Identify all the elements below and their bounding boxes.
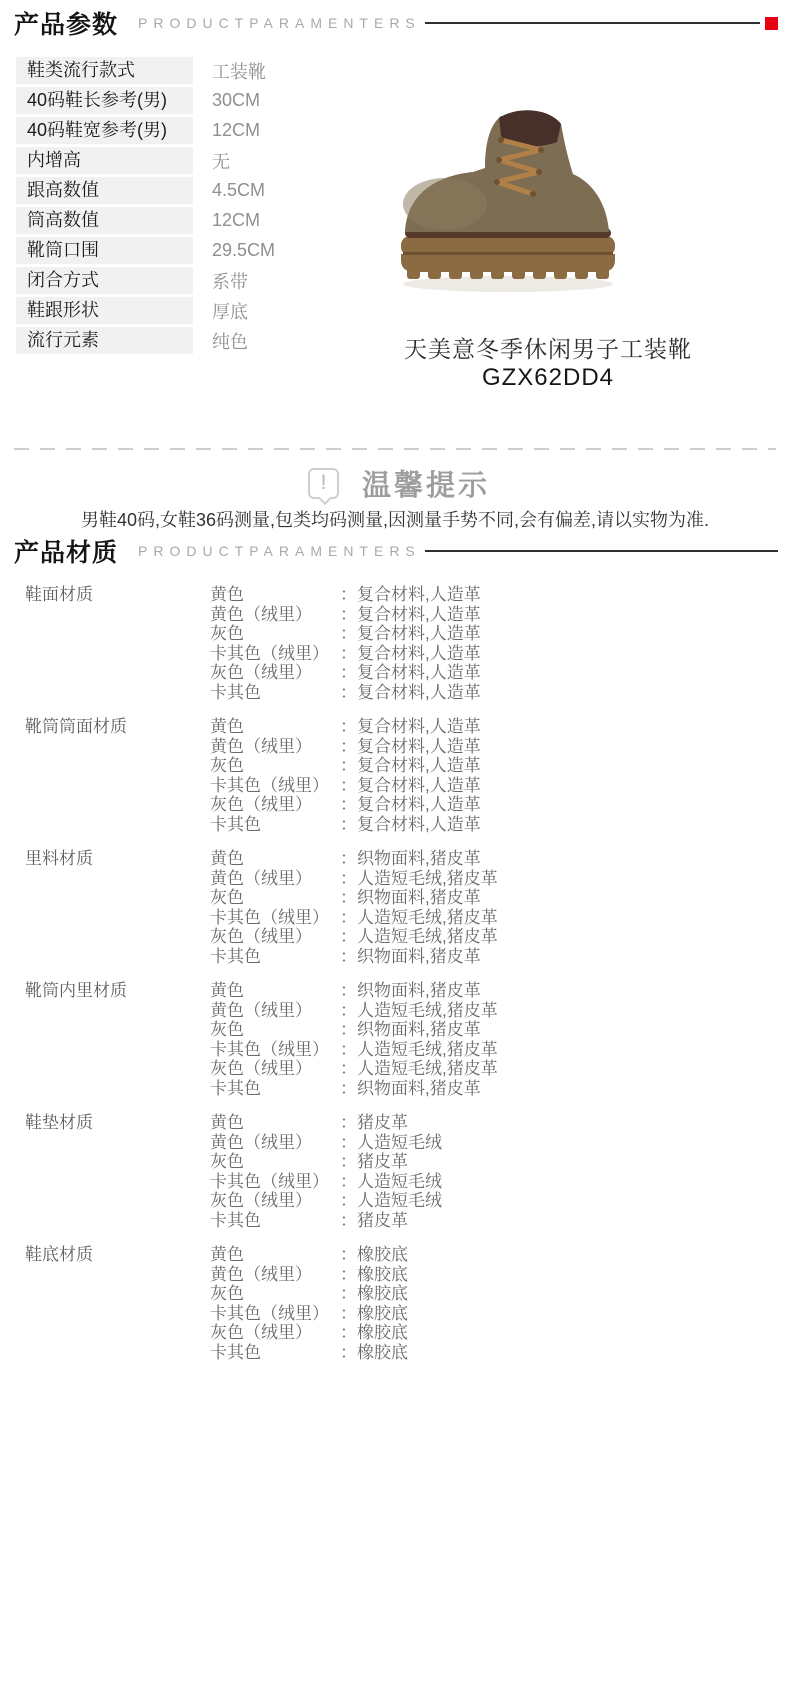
material-value: ：织物面料,猪皮革 [340, 849, 481, 869]
material-value: ：人造短毛绒 [340, 1172, 442, 1192]
material-line: 灰色（绒里） ：人造短毛绒 [210, 1191, 442, 1211]
material-group: 里料材质 黄色 ：织物面料,猪皮革 黄色（绒里） ：人造短毛绒,猪皮革 灰色 ：… [25, 849, 780, 966]
material-line: 黄色 ：猪皮革 [210, 1113, 442, 1133]
material-group-name: 里料材质 [25, 849, 210, 966]
param-value: 30CM [212, 90, 260, 111]
material-value: ：橡胶底 [340, 1284, 408, 1304]
param-row: 闭合方式 系带 [16, 267, 446, 294]
material-group: 靴筒筒面材质 黄色 ：复合材料,人造革 黄色（绒里） ：复合材料,人造革 灰色 … [25, 717, 780, 834]
material-color: 卡其色（绒里） [210, 776, 340, 796]
material-group: 鞋垫材质 黄色 ：猪皮革 黄色（绒里） ：人造短毛绒 灰色 ：猪皮革 卡其色（绒… [25, 1113, 780, 1230]
material-items: 黄色 ：复合材料,人造革 黄色（绒里） ：复合材料,人造革 灰色 ：复合材料,人… [210, 717, 481, 834]
material-line: 黄色 ：织物面料,猪皮革 [210, 849, 498, 869]
param-label: 内增高 [16, 147, 193, 174]
material-color: 卡其色 [210, 1211, 340, 1231]
material-color: 灰色（绒里） [210, 927, 340, 947]
param-value: 工装靴 [212, 58, 266, 84]
material-value: ：复合材料,人造革 [340, 756, 481, 776]
param-row: 40码鞋长参考(男) 30CM [16, 87, 446, 114]
materials-section-header: 产品材质 PRODUCTPARAMENTERS [14, 534, 778, 568]
material-value: ：人造短毛绒,猪皮革 [340, 869, 498, 889]
material-line: 黄色（绒里） ：复合材料,人造革 [210, 605, 481, 625]
param-label: 40码鞋长参考(男) [16, 87, 193, 114]
material-items: 黄色 ：织物面料,猪皮革 黄色（绒里） ：人造短毛绒,猪皮革 灰色 ：织物面料,… [210, 849, 498, 966]
material-group-name: 鞋底材质 [25, 1245, 210, 1362]
material-color: 卡其色（绒里） [210, 1172, 340, 1192]
material-color: 卡其色（绒里） [210, 1040, 340, 1060]
material-line: 灰色 ：橡胶底 [210, 1284, 408, 1304]
material-color: 黄色 [210, 981, 340, 1001]
material-line: 卡其色（绒里） ：人造短毛绒,猪皮革 [210, 908, 498, 928]
material-value: ：复合材料,人造革 [340, 644, 481, 664]
material-color: 卡其色（绒里） [210, 908, 340, 928]
param-label: 跟高数值 [16, 177, 193, 204]
params-section-title: 产品参数 [14, 5, 118, 41]
material-value: ：橡胶底 [340, 1245, 408, 1265]
material-items: 黄色 ：橡胶底 黄色（绒里） ：橡胶底 灰色 ：橡胶底 卡其色（绒里） ：橡胶底… [210, 1245, 408, 1362]
material-value: ：人造短毛绒,猪皮革 [340, 927, 498, 947]
material-color: 灰色 [210, 888, 340, 908]
material-line: 灰色（绒里） ：人造短毛绒,猪皮革 [210, 927, 498, 947]
material-line: 黄色 ：织物面料,猪皮革 [210, 981, 498, 1001]
material-color: 卡其色（绒里） [210, 1304, 340, 1324]
material-line: 灰色（绒里） ：复合材料,人造革 [210, 795, 481, 815]
params-table: 鞋类流行款式 工装靴 40码鞋长参考(男) 30CM 40码鞋宽参考(男) 12… [16, 57, 446, 357]
param-label: 筒高数值 [16, 207, 193, 234]
material-value: ：织物面料,猪皮革 [340, 1079, 481, 1099]
material-value: ：人造短毛绒,猪皮革 [340, 1059, 498, 1079]
param-value: 系带 [212, 268, 248, 294]
material-value: ：橡胶底 [340, 1265, 408, 1285]
material-color: 灰色（绒里） [210, 1323, 340, 1343]
header-rule [425, 550, 778, 552]
param-label: 鞋类流行款式 [16, 57, 193, 84]
material-color: 黄色（绒里） [210, 869, 340, 889]
material-value: ：人造短毛绒,猪皮革 [340, 1001, 498, 1021]
material-value: ：织物面料,猪皮革 [340, 981, 481, 1001]
param-row: 靴筒口围 29.5CM [16, 237, 446, 264]
material-value: ：人造短毛绒,猪皮革 [340, 908, 498, 928]
material-line: 卡其色 ：橡胶底 [210, 1343, 408, 1363]
product-detail-page: 产品参数 PRODUCTPARAMENTERS 鞋类流行款式 工装靴 40码鞋长… [0, 0, 790, 1690]
material-line: 卡其色（绒里） ：人造短毛绒 [210, 1172, 442, 1192]
material-value: ：复合材料,人造革 [340, 663, 481, 683]
material-line: 黄色（绒里） ：人造短毛绒 [210, 1133, 442, 1153]
material-line: 卡其色 ：猪皮革 [210, 1211, 442, 1231]
material-color: 黄色（绒里） [210, 737, 340, 757]
material-line: 卡其色 ：复合材料,人造革 [210, 683, 481, 703]
material-color: 卡其色 [210, 947, 340, 967]
material-color: 黄色（绒里） [210, 1001, 340, 1021]
material-value: ：复合材料,人造革 [340, 776, 481, 796]
material-line: 黄色 ：橡胶底 [210, 1245, 408, 1265]
material-value: ：橡胶底 [340, 1323, 408, 1343]
param-row: 筒高数值 12CM [16, 207, 446, 234]
material-value: ：复合材料,人造革 [340, 605, 481, 625]
param-label: 靴筒口围 [16, 237, 193, 264]
param-value: 4.5CM [212, 180, 265, 201]
material-line: 黄色（绒里） ：橡胶底 [210, 1265, 408, 1285]
material-line: 灰色（绒里） ：人造短毛绒,猪皮革 [210, 1059, 498, 1079]
material-group-name: 靴筒内里材质 [25, 981, 210, 1098]
material-color: 卡其色 [210, 1079, 340, 1099]
materials-section-title: 产品材质 [14, 533, 118, 569]
material-value: ：复合材料,人造革 [340, 737, 481, 757]
param-value: 12CM [212, 210, 260, 231]
material-group: 靴筒内里材质 黄色 ：织物面料,猪皮革 黄色（绒里） ：人造短毛绒,猪皮革 灰色… [25, 981, 780, 1098]
material-line: 卡其色 ：复合材料,人造革 [210, 815, 481, 835]
param-label: 鞋跟形状 [16, 297, 193, 324]
material-line: 灰色 ：织物面料,猪皮革 [210, 1020, 498, 1040]
param-row: 内增高 无 [16, 147, 446, 174]
param-row: 跟高数值 4.5CM [16, 177, 446, 204]
material-group: 鞋底材质 黄色 ：橡胶底 黄色（绒里） ：橡胶底 灰色 ：橡胶底 卡其色（绒里）… [25, 1245, 780, 1362]
param-label: 闭合方式 [16, 267, 193, 294]
material-value: ：人造短毛绒 [340, 1133, 442, 1153]
material-color: 黄色（绒里） [210, 1133, 340, 1153]
material-color: 卡其色 [210, 1343, 340, 1363]
material-line: 灰色 ：复合材料,人造革 [210, 756, 481, 776]
materials-list: 鞋面材质 黄色 ：复合材料,人造革 黄色（绒里） ：复合材料,人造革 灰色 ：复… [25, 585, 780, 1377]
material-color: 黄色 [210, 585, 340, 605]
material-color: 黄色（绒里） [210, 605, 340, 625]
exclamation-icon: ! [308, 468, 339, 499]
material-value: ：织物面料,猪皮革 [340, 947, 481, 967]
material-value: ：人造短毛绒 [340, 1191, 442, 1211]
material-line: 灰色 ：猪皮革 [210, 1152, 442, 1172]
param-value: 无 [212, 148, 230, 174]
material-color: 灰色（绒里） [210, 1191, 340, 1211]
product-model-code: GZX62DD4 [348, 364, 748, 392]
material-line: 灰色 ：织物面料,猪皮革 [210, 888, 498, 908]
material-value: ：人造短毛绒,猪皮革 [340, 1040, 498, 1060]
param-value: 12CM [212, 120, 260, 141]
param-value: 纯色 [212, 328, 248, 354]
material-color: 灰色 [210, 624, 340, 644]
material-color: 卡其色 [210, 815, 340, 835]
material-value: ：复合材料,人造革 [340, 815, 481, 835]
product-caption: 天美意冬季休闲男子工装靴 [348, 331, 748, 364]
material-group-name: 鞋垫材质 [25, 1113, 210, 1230]
material-color: 卡其色（绒里） [210, 644, 340, 664]
material-value: ：织物面料,猪皮革 [340, 1020, 481, 1040]
material-value: ：复合材料,人造革 [340, 717, 481, 737]
material-line: 卡其色 ：织物面料,猪皮革 [210, 1079, 498, 1099]
material-line: 黄色（绒里） ：复合材料,人造革 [210, 737, 481, 757]
material-line: 卡其色（绒里） ：复合材料,人造革 [210, 644, 481, 664]
material-items: 黄色 ：织物面料,猪皮革 黄色（绒里） ：人造短毛绒,猪皮革 灰色 ：织物面料,… [210, 981, 498, 1098]
boot-illustration [383, 84, 633, 299]
material-value: ：橡胶底 [340, 1304, 408, 1324]
material-items: 黄色 ：复合材料,人造革 黄色（绒里） ：复合材料,人造革 灰色 ：复合材料,人… [210, 585, 481, 702]
material-color: 黄色 [210, 849, 340, 869]
header-rule [425, 22, 760, 24]
material-group-name: 靴筒筒面材质 [25, 717, 210, 834]
accent-square [765, 17, 778, 30]
params-section-subtitle: PRODUCTPARAMENTERS [138, 15, 421, 31]
material-color: 灰色 [210, 1284, 340, 1304]
material-value: ：复合材料,人造革 [340, 624, 481, 644]
material-line: 卡其色（绒里） ：橡胶底 [210, 1304, 408, 1324]
param-value: 29.5CM [212, 240, 275, 261]
product-image [383, 84, 633, 299]
param-label: 40码鞋宽参考(男) [16, 117, 193, 144]
material-color: 灰色 [210, 1152, 340, 1172]
notice-title: 温馨提示 [362, 463, 490, 504]
material-color: 灰色 [210, 756, 340, 776]
notice-body: 男鞋40码,女鞋36码测量,包类均码测量,因测量手势不同,会有偏差,请以实物为准… [0, 506, 790, 532]
material-value: ：织物面料,猪皮革 [340, 888, 481, 908]
material-line: 灰色 ：复合材料,人造革 [210, 624, 481, 644]
material-line: 黄色（绒里） ：人造短毛绒,猪皮革 [210, 1001, 498, 1021]
material-line: 黄色 ：复合材料,人造革 [210, 585, 481, 605]
param-value: 厚底 [212, 298, 248, 324]
materials-section-subtitle: PRODUCTPARAMENTERS [138, 543, 421, 559]
material-group: 鞋面材质 黄色 ：复合材料,人造革 黄色（绒里） ：复合材料,人造革 灰色 ：复… [25, 585, 780, 702]
material-color: 灰色 [210, 1020, 340, 1040]
material-line: 灰色（绒里） ：复合材料,人造革 [210, 663, 481, 683]
material-value: ：复合材料,人造革 [340, 585, 481, 605]
material-value: ：猪皮革 [340, 1113, 408, 1133]
param-label: 流行元素 [16, 327, 193, 354]
material-line: 卡其色（绒里） ：人造短毛绒,猪皮革 [210, 1040, 498, 1060]
material-color: 灰色（绒里） [210, 795, 340, 815]
material-line: 卡其色（绒里） ：复合材料,人造革 [210, 776, 481, 796]
material-color: 黄色 [210, 717, 340, 737]
material-color: 黄色（绒里） [210, 1265, 340, 1285]
material-value: ：复合材料,人造革 [340, 683, 481, 703]
material-value: ：橡胶底 [340, 1343, 408, 1363]
dashed-divider [14, 448, 776, 450]
material-line: 卡其色 ：织物面料,猪皮革 [210, 947, 498, 967]
material-color: 灰色（绒里） [210, 663, 340, 683]
param-row: 40码鞋宽参考(男) 12CM [16, 117, 446, 144]
material-line: 黄色 ：复合材料,人造革 [210, 717, 481, 737]
material-value: ：猪皮革 [340, 1211, 408, 1231]
material-color: 卡其色 [210, 683, 340, 703]
params-section-header: 产品参数 PRODUCTPARAMENTERS [14, 6, 778, 40]
material-color: 黄色 [210, 1113, 340, 1133]
material-items: 黄色 ：猪皮革 黄色（绒里） ：人造短毛绒 灰色 ：猪皮革 卡其色（绒里） ：人… [210, 1113, 442, 1230]
material-color: 黄色 [210, 1245, 340, 1265]
material-color: 灰色（绒里） [210, 1059, 340, 1079]
material-value: ：猪皮革 [340, 1152, 408, 1172]
param-row: 鞋类流行款式 工装靴 [16, 57, 446, 84]
material-line: 黄色（绒里） ：人造短毛绒,猪皮革 [210, 869, 498, 889]
material-group-name: 鞋面材质 [25, 585, 210, 702]
material-value: ：复合材料,人造革 [340, 795, 481, 815]
material-line: 灰色（绒里） ：橡胶底 [210, 1323, 408, 1343]
param-row: 鞋跟形状 厚底 [16, 297, 446, 324]
